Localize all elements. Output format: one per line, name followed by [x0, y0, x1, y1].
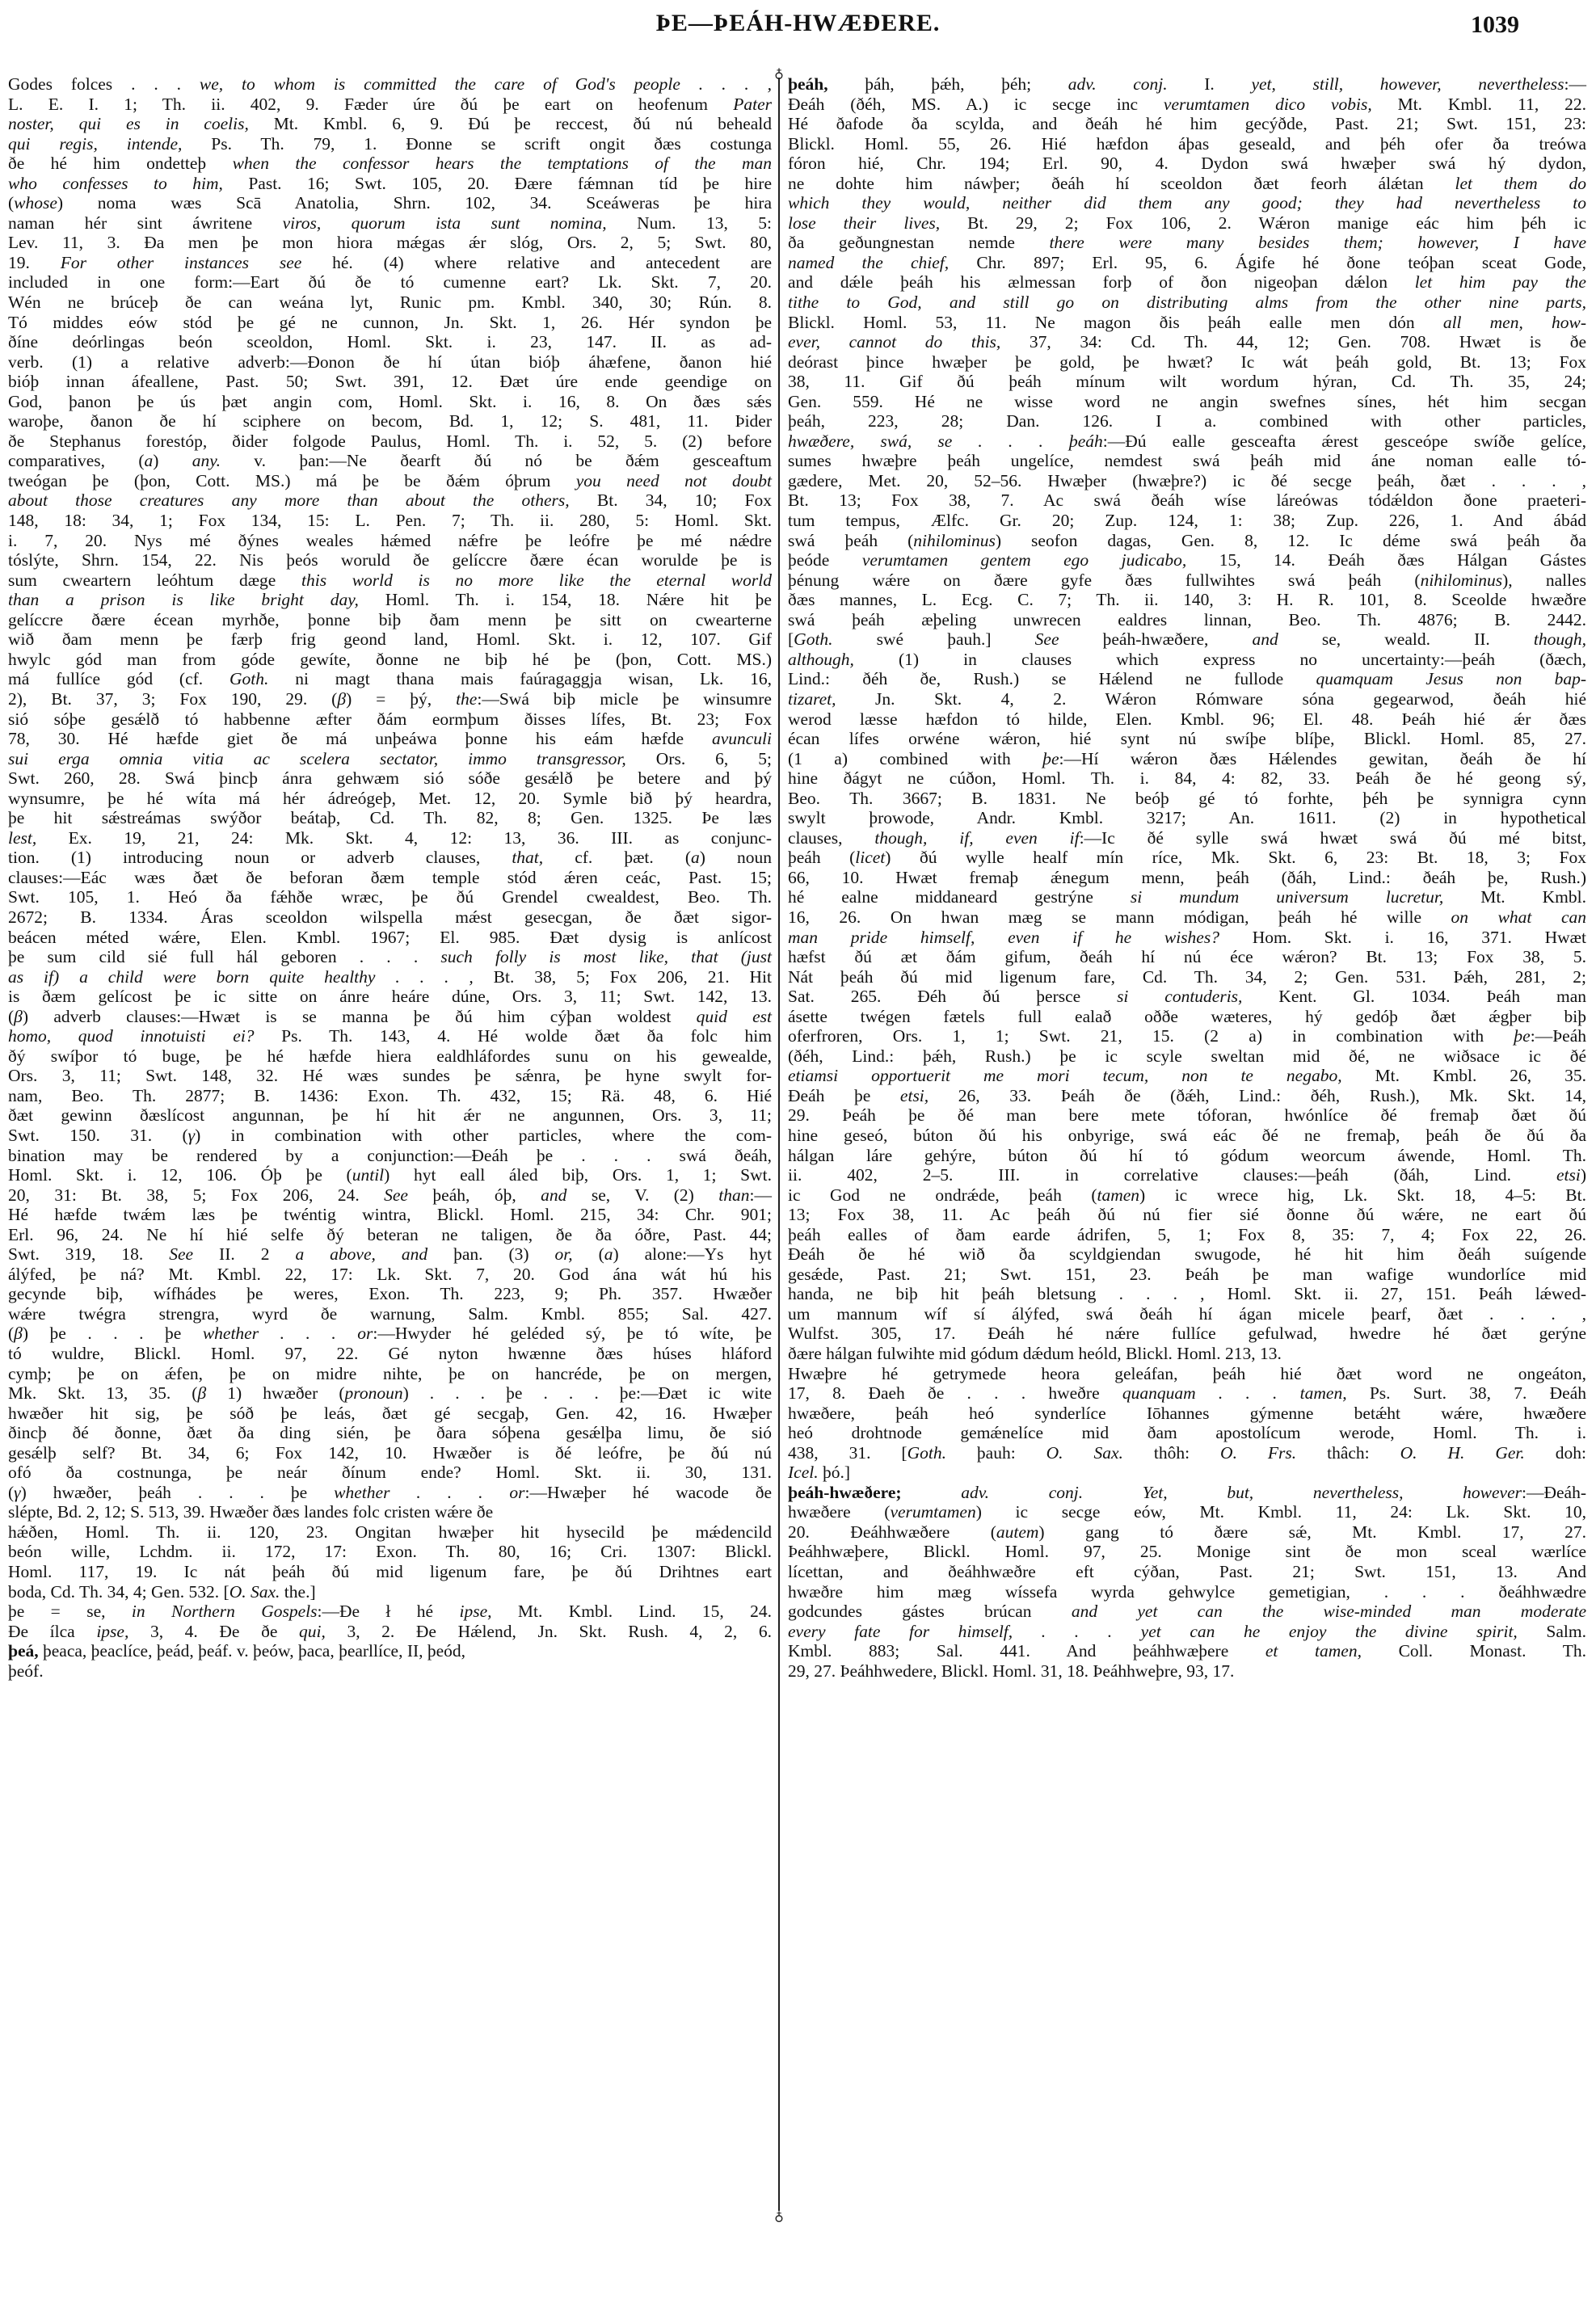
text-segment: named the chief,	[788, 253, 949, 272]
text-line: tithe to God, and still go on distributi…	[788, 293, 1586, 313]
text-segment: cymþ; þe on ǽfen, þe on midre nihte, þe …	[8, 1364, 772, 1383]
text-segment: :—	[750, 1185, 772, 1205]
text-segment: ever, cannot do this,	[788, 332, 1000, 351]
text-segment: whose	[14, 193, 57, 213]
text-segment: Pater	[733, 95, 772, 114]
text-segment: ) ðú wylle healf mín ríce, Mk. Skt. 6, 2…	[885, 848, 1586, 867]
text-segment: 19.	[8, 253, 61, 272]
text-segment: tweógan þe (þon, Cott. MS.) má þe be ðǽm…	[8, 471, 576, 490]
divider-ornament-bottom-icon: ♁	[773, 2211, 785, 2224]
text-segment: Mt. Kmbl. 6, 9. Ðú þe reccest, ðú nú beh…	[249, 114, 772, 133]
text-segment: 20. Ðeáhhwæðere (	[788, 1522, 996, 1542]
text-segment: avunculi	[712, 729, 772, 748]
text-line: included in one form:—Eart ðú ðe tó cume…	[8, 272, 772, 293]
text-line: gædere, Met. 20, 52–56. Hwæþer (hwæþre?)…	[788, 471, 1586, 491]
text-segment: adv. conj. Yet, but, nevertheless, howev…	[961, 1483, 1522, 1502]
text-segment: þáh, þǽh, þéh;	[828, 74, 1068, 94]
text-segment: ðæt gewinn ðæslícost angunnan, þe hí hit…	[8, 1105, 772, 1125]
text-segment: waroþe, ðanon ðe hí sciphere on becom, B…	[8, 411, 772, 431]
text-line: hwæðere, swá, se . . . þeáh:—Ðú ealle ge…	[788, 431, 1586, 452]
text-line: þénung wǽre on ðære gyfe ðæs fullwihtes …	[788, 570, 1586, 591]
text-line: Homl. 117, 19. Ic nát þeáh ðú mid ligenu…	[8, 1562, 772, 1582]
text-segment: um mannum wíf sí álýfed, swá ðeáh hí ága…	[788, 1304, 1586, 1324]
text-segment: bióþ innan áfeallene, Past. 50; Swt. 391…	[8, 372, 772, 391]
text-segment: tithe to God, and still go on distributi…	[788, 293, 1586, 312]
text-segment: ásette twégen fætels full ealað oððe wæt…	[788, 1007, 1586, 1026]
text-line: (β) þe . . . þe whether . . . or:—Hwyder…	[8, 1324, 772, 1344]
text-segment: ofó ða costnunga, þe neár ðínum ende? Ho…	[8, 1463, 772, 1482]
text-segment: than	[718, 1185, 749, 1205]
text-line: Tó middes eów stód þe gé ne cunnon, Jn. …	[8, 313, 772, 333]
text-segment: Blickl. Homl. 55, 26. Hié hæfdon áþas ge…	[788, 134, 1586, 154]
text-segment: O. Frs.	[1220, 1443, 1296, 1463]
text-line: 66, 10. Hwæt fremaþ ǽnegum menn, þeáh (ð…	[788, 868, 1586, 888]
text-segment: ) alone:—Ys hyt	[613, 1244, 773, 1264]
text-segment: that,	[512, 848, 543, 867]
text-line: wynsumre, þe hé wíta má hér ádreógeþ, Me…	[8, 789, 772, 809]
text-line: sumes hwæþre þeáh ungelíce, nemdest swá …	[788, 451, 1586, 471]
text-segment: Lind.: ðéh ðe, Rush.) se Hǽlend ne fullo…	[788, 669, 1316, 688]
text-segment: etsi,	[900, 1086, 929, 1105]
text-line: ða geðungnestan nemde there were many be…	[788, 233, 1586, 253]
text-line: boda, Cd. Th. 34, 4; Gen. 532. [O. Sax. …	[8, 1582, 772, 1602]
text-line: 17, 8. Ðaeh ðe . . . hweðre quanquam . .…	[788, 1383, 1586, 1404]
text-segment: hǽðen, Homl. Th. ii. 120, 23. Ongitan hw…	[8, 1522, 772, 1542]
text-segment: Ps. Th. 143, 4. Hé wolde ðæt ða folc him	[255, 1026, 772, 1046]
text-line: clauses, though, if, even if:—Ic ðé syll…	[788, 828, 1586, 848]
text-line: Bt. 13; Fox 38, 7. Ac swá ðeáh wíse láre…	[788, 490, 1586, 511]
text-line: Mk. Skt. 13, 35. (β 1) hwæðer (pronoun) …	[8, 1383, 772, 1404]
text-segment: swé þauh.]	[833, 629, 1035, 649]
page-header: ÞE—ÞEÁH-HWÆÐERE. 1039	[0, 6, 1596, 39]
text-segment: homo, quod innotuisti ei?	[8, 1026, 255, 1046]
text-segment: noster, qui es in coelis,	[8, 114, 249, 133]
text-segment: Mt. Kmbl. 11, 22.	[1372, 95, 1586, 114]
text-line: þeóde verumtamen gentem ego judicabo, 15…	[788, 550, 1586, 570]
text-segment: we, to whom is committed the care of God…	[200, 74, 772, 94]
text-segment: se, V. (2)	[566, 1185, 718, 1205]
text-segment: hálgan láre gehýre, búton ðú hí tó gódum…	[788, 1146, 1586, 1165]
text-segment: (	[573, 1244, 604, 1264]
text-segment: boda, Cd. Th. 34, 4; Gen. 532. [	[8, 1582, 230, 1602]
text-segment: thâch:	[1296, 1443, 1400, 1463]
text-line: Ors. 3, 11; Swt. 148, 32. Hé wæs sundes …	[8, 1066, 772, 1086]
text-segment: who confesses to him,	[8, 174, 223, 193]
text-segment: :—Ðú ealle gesceafta ǽrest gesceópe swíð…	[1103, 431, 1586, 451]
text-line: comparatives, (a) any. v. þan:—Ne ðearft…	[8, 451, 772, 471]
text-segment: Chr. 897; Erl. 95, 6. Ágife hé ðone teóþ…	[949, 253, 1586, 272]
text-line: hwæðre him mæg wíssefa wyrda gehwylce ge…	[788, 1582, 1586, 1602]
text-segment: verb. (1) a relative adverb:—Ðonon ðe hí…	[8, 352, 772, 372]
text-segment: β	[14, 1007, 23, 1026]
text-segment: pronoun	[345, 1383, 403, 1403]
text-line: gesǽde, Past. 21; Swt. 151, 23. Þeáh þe …	[788, 1265, 1586, 1285]
text-segment: naman hér sint áwritene	[8, 213, 283, 233]
text-segment: a	[295, 1244, 304, 1264]
headword: þeá,	[8, 1641, 39, 1661]
text-segment: Ps. Th. 79, 1. Ðonne se scrift ongit ðæs…	[182, 134, 772, 154]
text-line: 38, 11. Gif ðú þeáh mínum wilt wordum hý…	[788, 372, 1586, 392]
text-line: as if) a child were born quite healthy .…	[8, 967, 772, 987]
text-segment: ðære hálgan fulwihte mid gódum dǽdum heó…	[788, 1344, 1282, 1363]
left-column: Godes folces . . . we, to whom is commit…	[8, 74, 772, 1681]
text-segment: whether . . . or	[203, 1324, 373, 1343]
text-segment: gesǽlþ self? Bt. 34, 6; Fox 142, 10. Hwæ…	[8, 1443, 772, 1463]
text-segment: Ex. 19, 21, 24: Mk. Skt. 4, 12: 13, 36. …	[36, 828, 772, 848]
text-segment: Ors. 3, 11; Swt. 148, 32. Hé wæs sundes …	[8, 1066, 772, 1085]
text-segment: :—Hwæþer hé wacode ðe	[525, 1483, 772, 1502]
text-line: hwæðere (verumtamen) ic secge eów, Mt. K…	[788, 1502, 1586, 1522]
text-line: 29, 27. Þeáhhwedere, Blickl. Homl. 31, 1…	[788, 1661, 1586, 1682]
text-line: than a prison is like bright day, Homl. …	[8, 590, 772, 610]
text-segment: in Northern Gospels	[132, 1602, 318, 1621]
headword: þeáh,	[788, 74, 828, 94]
text-line: Ðeáh þe etsi, 26, 33. Þeáh ðe (ðǽh, Lind…	[788, 1086, 1586, 1106]
text-segment: swá þeáh (	[788, 531, 913, 550]
text-segment: 17, 8. Ðaeh ðe . . . hweðre	[788, 1383, 1122, 1403]
text-line: Swt. 150. 31. (γ) in combination with ot…	[8, 1126, 772, 1146]
text-segment: etsi	[1556, 1165, 1581, 1185]
text-segment: slépte, Bd. 2, 12; S. 513, 39. Hwæðer ðæ…	[8, 1502, 493, 1522]
text-segment: (1 a) combined with	[788, 749, 1042, 768]
text-segment: :—Swá biþ micle þe winsumre	[477, 689, 772, 709]
text-segment: ) gang tó ðære sǽ, Mt. Kmbl. 17, 27.	[1038, 1522, 1586, 1542]
text-segment: ) hwæðer, þeáh . . . þe	[21, 1483, 335, 1502]
text-line: 13; Fox 38, 11. Ac þeáh ðú nú fier sié ð…	[788, 1205, 1586, 1225]
text-line: ofó ða costnunga, þe neár ðínum ende? Ho…	[8, 1463, 772, 1483]
text-segment: gesǽde, Past. 21; Swt. 151, 23. Þeáh þe …	[788, 1265, 1586, 1284]
text-segment: þe sum cild sié full hál geboren . . .	[8, 947, 440, 966]
text-segment: ) in combination with other particles, w…	[195, 1126, 772, 1145]
text-line: wǽre twégra strengra, wyrd ðe warnung, S…	[8, 1304, 772, 1324]
text-segment: Goth.	[794, 629, 832, 649]
text-line: hálgan láre gehýre, búton ðú hí tó gódum…	[788, 1146, 1586, 1166]
text-segment: Bt. 29, 2; Fox 106, 2. Wǽron manige eác …	[940, 213, 1586, 233]
text-segment: bination may be rendered by a conjunctio…	[8, 1146, 772, 1165]
text-line: godcundes gástes brúcan and yet can the …	[788, 1602, 1586, 1622]
text-segment: although,	[788, 650, 854, 669]
text-segment: beón wille, Lchdm. ii. 172, 17: Exon. Th…	[8, 1542, 772, 1561]
text-segment: tóslýte, Shrn. 154, 22. Nis þeós woruld …	[8, 550, 772, 570]
text-segment	[902, 1483, 962, 1502]
text-segment: 29, 27. Þeáhhwedere, Blickl. Homl. 31, 1…	[788, 1661, 1234, 1681]
text-segment: :—	[1564, 74, 1586, 94]
text-line: clauses:—Eác wæs ðæt ðe beforan ðæm temp…	[8, 868, 772, 888]
text-line: Ðeáh (ðéh, MS. A.) ic secge inc verumtam…	[788, 95, 1586, 115]
text-segment: 148, 18: 34, 1; Fox 134, 15: L. Pen. 7; …	[8, 511, 772, 530]
text-line: þeáh (licet) ðú wylle healf mín ríce, Mk…	[788, 848, 1586, 868]
text-segment: hwæðere, þeáh heó synderlíce Iōhannes gý…	[788, 1404, 1586, 1423]
text-line: þeáh ealles of ðam earde ádrifen, 5, 1; …	[788, 1225, 1586, 1245]
text-segment: 438, 31. [	[788, 1443, 907, 1463]
text-segment: though,	[1534, 629, 1586, 649]
text-line: ðý swíþor tó buge, þe hé hæfde hiera eal…	[8, 1046, 772, 1067]
text-segment: i. 7, 20. Nys mé ðýnes weales hǽmed nǽfr…	[8, 531, 772, 550]
text-segment: 66, 10. Hwæt fremaþ ǽnegum menn, þeáh (ð…	[788, 868, 1586, 887]
text-line: Lev. 11, 3. Ða men þe mon hiora mǽgas ǽr…	[8, 233, 772, 253]
text-line: ðe hé him ondetteþ when the confessor he…	[8, 154, 772, 174]
text-segment: ðincþ ðé ðonne, ðæt ða ding sién, þe ðar…	[8, 1423, 772, 1442]
text-segment: 37, 34: Cd. Th. 44, 12; Gen. 708. Hwæt i…	[1000, 332, 1586, 351]
text-line: noster, qui es in coelis, Mt. Kmbl. 6, 9…	[8, 114, 772, 134]
text-line: tweógan þe (þon, Cott. MS.) má þe be ðǽm…	[8, 471, 772, 491]
text-segment: Jn. Skt. 4, 2. Wǽron Rómware sóna gegear…	[836, 689, 1586, 709]
text-line: 2672; B. 1334. Áras sceoldon wilspella m…	[8, 907, 772, 928]
text-segment: licet	[855, 848, 885, 867]
text-segment: þeáh (	[788, 848, 855, 867]
text-segment: )	[153, 451, 192, 470]
text-segment: ) . . . þe . . . þe:—Ðæt ic wite	[403, 1383, 772, 1403]
text-line: Icel. þó.]	[788, 1463, 1586, 1483]
text-segment: gelíccre ðære écean myrhðe, þonne biþ ða…	[8, 610, 772, 629]
text-line: hwæðer hit sig, þe sóð þe leás, ðæt gé s…	[8, 1404, 772, 1424]
text-segment	[304, 1244, 330, 1264]
text-segment: :—Ðeáh-	[1522, 1483, 1586, 1502]
text-segment: L. E. I. 1; Th. ii. 402, 9. Fæder úre ðú…	[8, 95, 733, 114]
text-segment: Coll. Monast. Th.	[1362, 1641, 1586, 1661]
text-segment: Hé hæfde twǽm læs þe twéntig wintra, Bli…	[8, 1205, 772, 1224]
text-segment: hæfst ðú æt ðám gifum, ðeáh hí nú éce wǽ…	[788, 947, 1586, 966]
text-line: swá þeáh (nihilominus) seofon dagas, Gen…	[788, 531, 1586, 551]
text-segment: comparatives, (	[8, 451, 144, 470]
text-segment: and	[541, 1185, 566, 1205]
text-segment: (1) in clauses which express no uncertai…	[854, 650, 1586, 669]
text-segment: O. H. Ger.	[1400, 1443, 1525, 1463]
text-line: i. 7, 20. Nys mé ðýnes weales hǽmed nǽfr…	[8, 531, 772, 551]
text-line: (ðéh, Lind.: þǽh, Rush.) þe ic scyle swe…	[788, 1046, 1586, 1067]
text-segment: See	[384, 1185, 408, 1205]
text-line: gecynde biþ, wífhádes þe weres, Exon. Th…	[8, 1284, 772, 1304]
text-segment: every fate for himself, . . . yet can he…	[788, 1622, 1518, 1641]
text-segment: þe hit sǽstreámas swýðor beátaþ, Cd. Th.…	[8, 808, 772, 827]
page-number: 1039	[1471, 11, 1519, 39]
text-segment: Swt. 150. 31. (	[8, 1126, 188, 1145]
text-segment: werod læsse hæfdon tó hilde, Elen. Kmbl.…	[788, 709, 1586, 729]
text-segment: beácen méted wǽre, Elen. Kmbl. 1967; El.…	[8, 928, 772, 947]
text-segment: tamen	[1097, 1185, 1140, 1205]
text-segment: ) þe . . . þe	[23, 1324, 203, 1343]
text-line: ðære hálgan fulwihte mid gódum dǽdum heó…	[788, 1344, 1586, 1364]
text-segment: a	[691, 848, 700, 867]
text-line: hwæðere, þeáh heó synderlíce Iōhannes gý…	[788, 1404, 1586, 1424]
text-line: gelíccre ðære écean myrhðe, þonne biþ ða…	[8, 610, 772, 630]
text-segment: hwæðre him mæg wíssefa wyrda gehwylce ge…	[788, 1582, 1586, 1602]
divider-ornament-top-icon: ♁	[773, 68, 785, 81]
text-segment: doh:	[1525, 1443, 1586, 1463]
text-segment: as if) a child were born quite healthy .…	[8, 967, 474, 987]
text-segment: viros, quorum ista sunt nomina,	[283, 213, 607, 233]
text-line: ii. 402, 2–5. III. in correlative clause…	[788, 1165, 1586, 1185]
text-segment: se, weald. II.	[1278, 629, 1534, 649]
text-segment: 15, 14. Ðeáh ðæs Hálgan Gástes	[1186, 550, 1586, 570]
text-segment: wynsumre, þe hé wíta má hér ádreógeþ, Me…	[8, 789, 772, 808]
text-line: (whose) noma wæs Scā Anatolia, Shrn. 102…	[8, 193, 772, 213]
text-segment: O. Sax.	[1046, 1443, 1123, 1463]
text-segment: hwæðere, swá, se . . . þeáh	[788, 431, 1103, 451]
text-segment: álýfed, þe ná? Mt. Kmbl. 22, 17: Lk. Skt…	[8, 1265, 772, 1284]
text-segment: swylt þrowode, Andr. Kmbl. 3217; An. 161…	[788, 808, 1586, 827]
text-line: which they would, neither did them any g…	[788, 193, 1586, 213]
text-line: and dǽle þeáh his ælmessan forþ of ðon n…	[788, 272, 1586, 293]
text-line: hæfst ðú æt ðám gifum, ðeáh hí nú éce wǽ…	[788, 947, 1586, 967]
text-line: oferfroren, Ors. 1, 1; Swt. 21, 15. (2 a…	[788, 1026, 1586, 1046]
text-segment: tum tempus, Ælfc. Gr. 20; Zup. 124, 1: 3…	[788, 511, 1586, 530]
text-line: Ðeáh ðe hé wið ða scyldgiendan swugode, …	[788, 1244, 1586, 1265]
text-segment: ) adverb clauses:—Hwæt is se manna þe ðú…	[23, 1007, 697, 1026]
text-segment: :—Ðe ł hé	[318, 1602, 460, 1621]
text-line: Wén ne brúceþ ðe can weána lyt, Runic pm…	[8, 293, 772, 313]
text-segment: 78, 30. Hé hæfde giet ðe má unþeáwa þonn…	[8, 729, 712, 748]
text-segment: the	[456, 689, 477, 709]
text-line: Erl. 96, 24. Ne hí hié selfe ðý beteran …	[8, 1225, 772, 1245]
text-line: 2), Bt. 37, 3; Fox 190, 29. (β) = þý, th…	[8, 689, 772, 709]
text-line: cymþ; þe on ǽfen, þe on midre nihte, þe …	[8, 1364, 772, 1384]
text-line: although, (1) in clauses which express n…	[788, 650, 1586, 670]
text-segment: For other instances see	[61, 253, 302, 272]
text-line: ic God ne ondrǽde, þeáh (tamen) ic wrece…	[788, 1185, 1586, 1206]
text-segment: Mt. Kmbl. 26, 35.	[1342, 1066, 1586, 1085]
text-segment: qui,	[299, 1622, 326, 1641]
text-segment: a	[604, 1244, 613, 1264]
text-segment: until	[352, 1165, 384, 1185]
text-line: Hwæþre hé getrymede heora geleáfan, þeáh…	[788, 1364, 1586, 1384]
text-segment: Bt. 34, 10; Fox	[570, 490, 772, 510]
text-segment: clauses,	[788, 828, 874, 848]
text-line: lose their lives, Bt. 29, 2; Fox 106, 2.…	[788, 213, 1586, 234]
text-line: ðíne deórlingas beón sceoldon, Homl. Skt…	[8, 332, 772, 352]
text-segment: Lev. 11, 3. Ða men þe mon hiora mǽgas ǽr…	[8, 233, 772, 252]
text-segment: 2), Bt. 37, 3; Fox 190, 29. (	[8, 689, 337, 709]
text-segment: :—Hwyder hé geléded sý, þe tó wíte, þe	[373, 1324, 772, 1343]
text-segment: Mt. Kmbl.	[1443, 887, 1586, 907]
text-segment: Blickl. Homl. 53, 11. Ne magon ðis þeáh …	[788, 313, 1443, 332]
text-segment: hine geseó, búton ðú his onbyrige, swá e…	[788, 1126, 1586, 1145]
text-line: named the chief, Chr. 897; Erl. 95, 6. Á…	[788, 253, 1586, 273]
text-segment: God, þanon þe ús þæt angin com, Homl. Sk…	[8, 392, 772, 411]
text-line: Swt. 260, 28. Swá þincþ ánra gehwæm sió …	[8, 768, 772, 789]
text-segment: sió sóþe gesǽlð tó habbenne æfter ðám eo…	[8, 709, 772, 729]
text-segment: þeáh, óþ,	[408, 1185, 541, 1205]
text-segment: (ðéh, Lind.: þǽh, Rush.) þe ic scyle swe…	[788, 1046, 1586, 1066]
text-line: ne dohte him náwþer; ðeáh hí sceoldon ðæ…	[788, 174, 1586, 194]
text-segment: ) seofon dagas, Gen. 8, 12. Ic déme swá …	[996, 531, 1586, 550]
text-segment: See	[1035, 629, 1059, 649]
text-segment: hwæðer hit sig, þe sóð þe leás, ðæt gé s…	[8, 1404, 772, 1423]
text-segment: v. þan:—Ne ðearft ðú nó be ðǽm gesceaftu…	[221, 451, 772, 470]
text-line: 19. For other instances see hé. (4) wher…	[8, 253, 772, 273]
text-segment: ) noma wæs Scā Anatolia, Shrn. 102, 34. …	[57, 193, 772, 213]
text-segment: autem	[996, 1522, 1039, 1542]
text-segment: Hwæþre hé getrymede heora geleáfan, þeáh…	[788, 1364, 1586, 1383]
text-segment: or,	[555, 1244, 573, 1264]
text-segment: β	[14, 1324, 23, 1343]
text-segment: ) = þý,	[346, 689, 456, 709]
text-segment: whether . . . or	[334, 1483, 524, 1502]
text-segment: qui regis, intende,	[8, 134, 182, 154]
text-segment: than a prison is like bright day,	[8, 590, 359, 609]
text-segment: a	[144, 451, 153, 470]
text-line: lest, Ex. 19, 21, 24: Mk. Skt. 4, 12: 13…	[8, 828, 772, 848]
text-segment: adv. conj.	[1068, 74, 1168, 94]
text-segment: Ðe ílca	[8, 1622, 96, 1641]
text-line: qui regis, intende, Ps. Th. 79, 1. Ðonne…	[8, 134, 772, 154]
text-line: (β) adverb clauses:—Hwæt is se manna þe …	[8, 1007, 772, 1027]
text-segment: hwylc gód man from góde gewíte, ðonne ne…	[8, 650, 772, 669]
text-segment: tó wuldre, Blickl. Homl. 97, 22. Gé nyto…	[8, 1344, 772, 1363]
text-line: Hé hæfde twǽm læs þe twéntig wintra, Bli…	[8, 1205, 772, 1225]
text-segment: γ	[188, 1126, 195, 1145]
text-segment: though, if, even if	[874, 828, 1079, 848]
text-segment: Ðeáh þe	[788, 1086, 900, 1105]
text-segment: Num. 13, 5:	[607, 213, 772, 233]
text-segment: ðíne deórlingas beón sceoldon, Homl. Skt…	[8, 332, 772, 351]
text-segment: sum cweartern leóhtum dæge	[8, 570, 301, 590]
text-line: tizaret, Jn. Skt. 4, 2. Wǽron Rómware só…	[788, 689, 1586, 709]
text-segment: swá þeáh æþeling unwrecen ealdres linnan…	[788, 610, 1586, 629]
text-line: þe hit sǽstreámas swýðor beátaþ, Cd. Th.…	[8, 808, 772, 828]
text-line: Gen. 559. Hé ne wisse word ne angin swef…	[788, 392, 1586, 412]
text-segment: hé ealne middaneard gestrýne	[788, 887, 1131, 907]
text-segment: above, and	[330, 1244, 427, 1264]
text-segment: Mk. Skt. 13, 35. (	[8, 1383, 197, 1403]
text-segment: þó.]	[819, 1463, 850, 1482]
text-segment: Hé ðafode ða scylda, and ðeáh hé him gec…	[788, 114, 1586, 133]
text-segment: tion. (1) introducing noun or adverb cla…	[8, 848, 512, 867]
text-line: þeóf.	[8, 1661, 772, 1682]
text-segment: this world is no more like the eternal w…	[301, 570, 772, 590]
text-segment: nihilominus	[913, 531, 996, 550]
text-segment: Homl. 117, 19. Ic nát þeáh ðú mid ligenu…	[8, 1562, 772, 1581]
text-segment: Mt. Kmbl. Lind. 15, 24.	[492, 1602, 773, 1621]
text-segment: lest,	[8, 828, 36, 848]
text-segment: which they would, neither did them any g…	[788, 193, 1586, 213]
text-line: every fate for himself, . . . yet can he…	[788, 1622, 1586, 1642]
text-segment: ðe hé him ondetteþ	[8, 154, 233, 173]
text-line: sui erga omnia vitia ac scelera sectator…	[8, 749, 772, 769]
text-segment: má fullíce gód (cf.	[8, 669, 230, 688]
text-segment: gecynde biþ, wífhádes þe weres, Exon. Th…	[8, 1284, 772, 1303]
text-segment: such folly is most like, that (just	[440, 947, 772, 966]
text-line: Blickl. Homl. 53, 11. Ne magon ðis þeáh …	[788, 313, 1586, 333]
text-segment: :—Ic ðé sylle swá hwæt swá ðú mé bitst,	[1080, 828, 1586, 848]
text-segment: nihilominus	[1421, 570, 1503, 590]
text-segment: ða geðungnestan nemde	[788, 233, 1049, 252]
text-segment: et tamen,	[1265, 1641, 1362, 1661]
text-line: Godes folces . . . we, to whom is commit…	[8, 74, 772, 95]
text-line: Beo. Th. 3667; B. 1831. Ne beóþ gé tó fo…	[788, 789, 1586, 809]
text-segment: there were many besides them; however, I…	[1049, 233, 1586, 252]
text-segment: nam, Beo. Th. 2877; B. 1436: Exon. Th. 4…	[8, 1086, 772, 1105]
text-line: Blickl. Homl. 55, 26. Hié hæfdon áþas ge…	[788, 134, 1586, 154]
text-line: lícettan, and ðeáhhwæðre eft cýðan, Past…	[788, 1562, 1586, 1582]
text-segment: 16, 26. On hwan mæg se mann módigan, þeá…	[788, 907, 1451, 927]
text-line: man pride himself, even if he wishes? Ho…	[788, 928, 1586, 948]
text-segment: O. Sax.	[230, 1582, 280, 1602]
text-segment: and	[1252, 629, 1278, 649]
text-line: ðæt gewinn ðæslícost angunnan, þe hí hit…	[8, 1105, 772, 1126]
text-segment: Swt. 105, 1. Heó ða fǽhðe wræc, þe ðú Gr…	[8, 887, 772, 907]
text-line: homo, quod innotuisti ei? Ps. Th. 143, 4…	[8, 1026, 772, 1046]
text-segment: godcundes gástes brúcan	[788, 1602, 1072, 1621]
text-segment: 2672; B. 1334. Áras sceoldon wilspella m…	[8, 907, 772, 927]
text-line: gesǽlþ self? Bt. 34, 6; Fox 142, 10. Hwæ…	[8, 1443, 772, 1463]
text-line: hǽðen, Homl. Th. ii. 120, 23. Ongitan hw…	[8, 1522, 772, 1543]
text-segment: ) noun	[700, 848, 772, 867]
text-segment: :—Þeáh	[1531, 1026, 1586, 1046]
text-segment: ) hyt eall áled biþ, Ors. 1, 1; Swt.	[384, 1165, 772, 1185]
text-line: bination may be rendered by a conjunctio…	[8, 1146, 772, 1166]
text-segment: ni magt thana mais faúragaggja wisan, Lk…	[268, 669, 772, 688]
